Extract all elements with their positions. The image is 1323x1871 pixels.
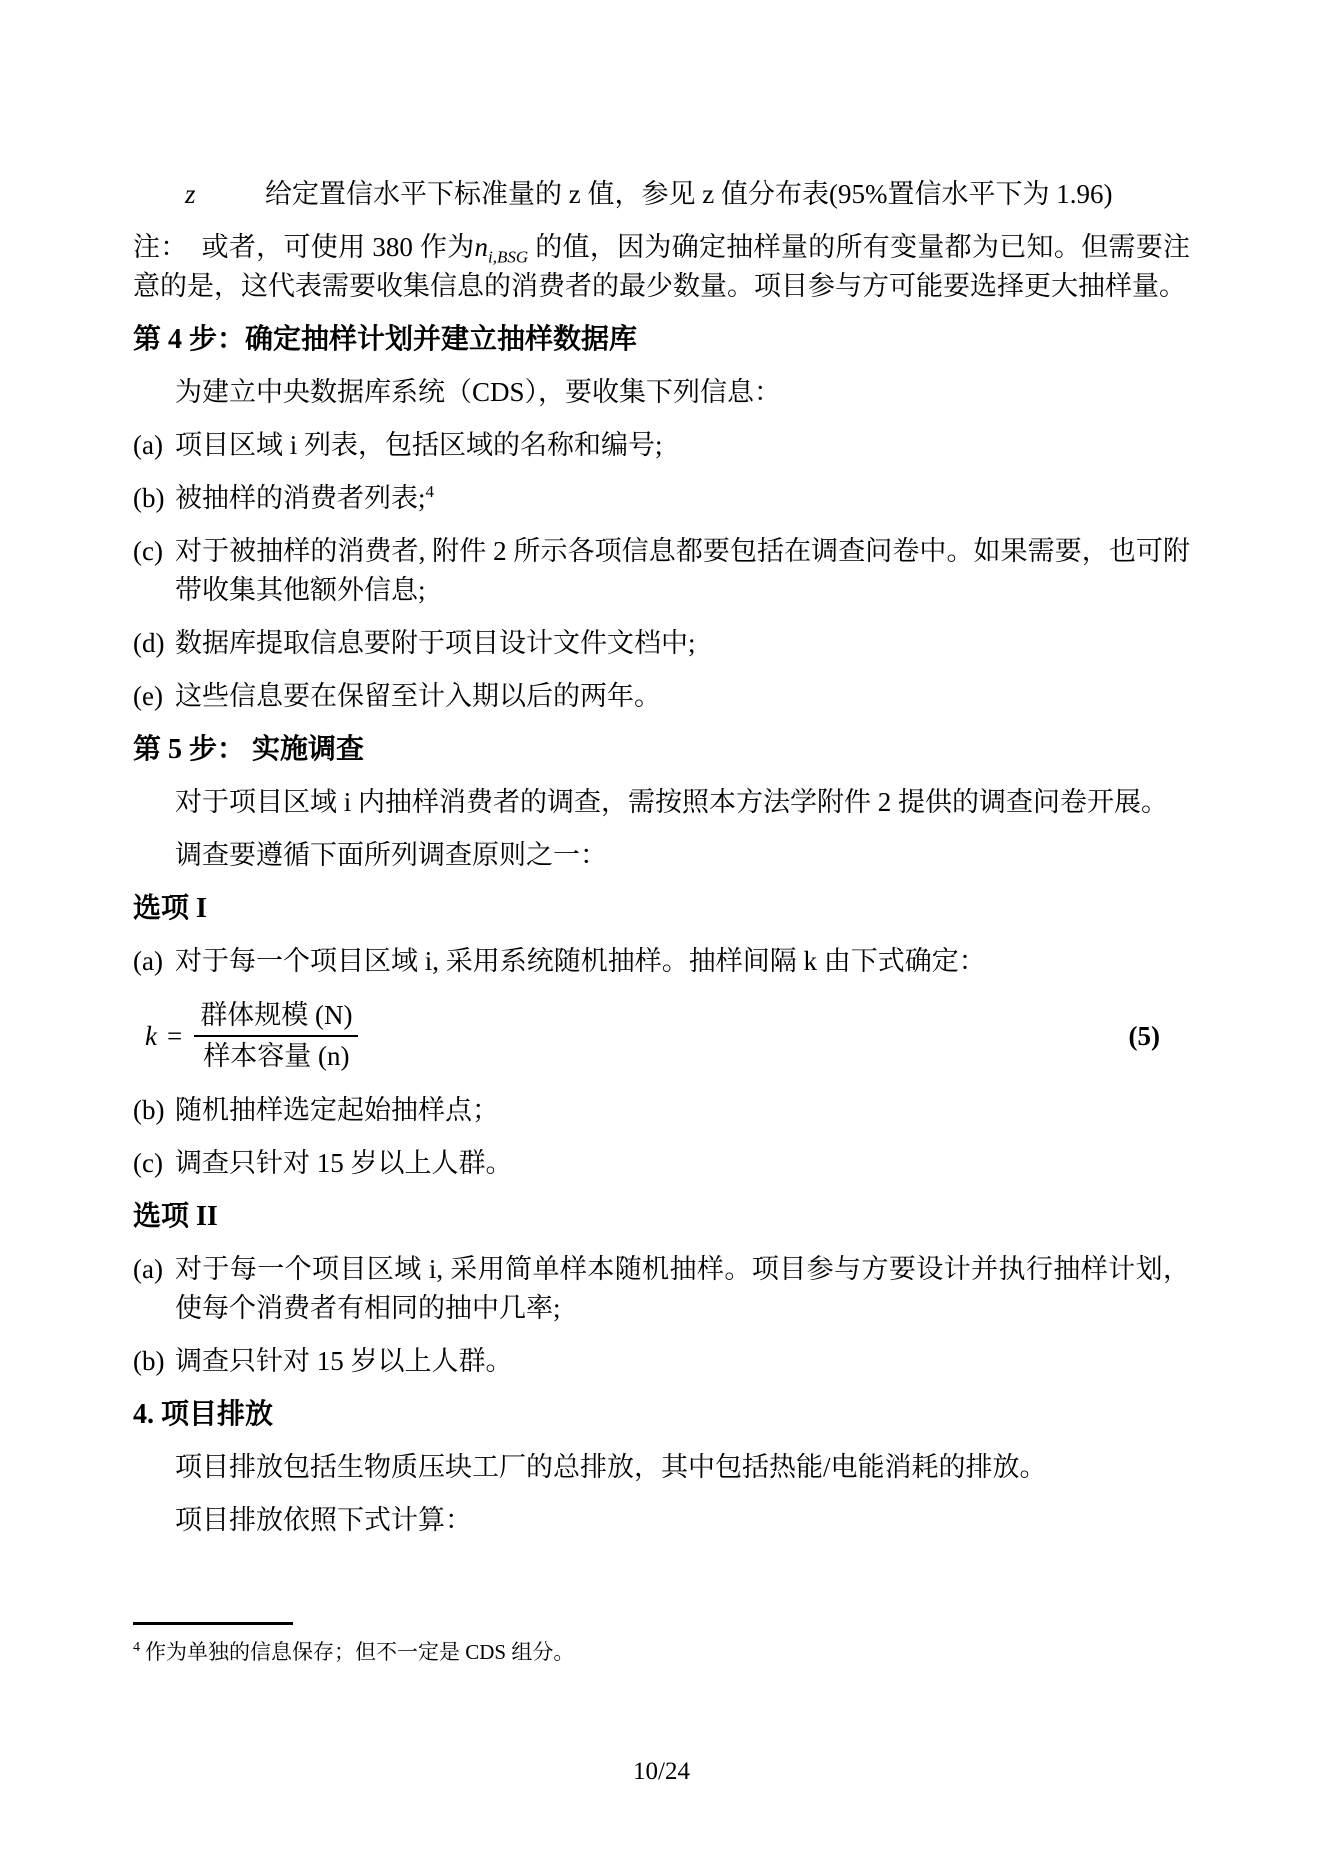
step4-heading: 第 4 步：确定抽样计划并建立抽样数据库 — [133, 320, 1190, 359]
equation-number: (5) — [1129, 1017, 1160, 1056]
z-definition-text: 给定置信水平下标准量的 z 值，参见 z 值分布表(95%置信水平下为 1.96… — [265, 179, 1112, 209]
z-symbol: z — [185, 175, 196, 214]
footnote-text: 作为单独的信息保存；但不一定是 CDS 组分。 — [145, 1640, 574, 1664]
list-item-marker: (e) — [133, 677, 163, 716]
z-definition-row: z 给定置信水平下标准量的 z 值，参见 z 值分布表(95%置信水平下为 1.… — [133, 175, 1190, 214]
section4-paragraph-1: 项目排放包括生物质压块工厂的总排放，其中包括热能/电能消耗的排放。 — [133, 1448, 1190, 1487]
equation-5: k = 群体规模 (N) 样本容量 (n) (5) — [133, 995, 1190, 1077]
list-item-marker: (a) — [133, 1250, 163, 1289]
footnote-marker: 4 — [133, 1640, 140, 1655]
list-item-text: 被抽样的消费者列表; — [175, 483, 426, 513]
option1-heading: 选项 I — [133, 889, 1190, 928]
note-label: 注： — [133, 232, 188, 262]
option1-item-b: (b) 随机抽样选定起始抽样点； — [133, 1091, 1190, 1130]
list-item-text: 项目区域 i 列表，包括区域的名称和编号; — [175, 430, 663, 460]
list-item-text: 调查只针对 15 岁以上人群。 — [175, 1346, 513, 1376]
list-item-marker: (c) — [133, 1144, 163, 1183]
section4-paragraph-2: 项目排放依照下式计算： — [133, 1501, 1190, 1540]
list-item-d: (d) 数据库提取信息要附于项目设计文件文档中; — [133, 624, 1190, 663]
option2-item-b: (b) 调查只针对 15 岁以上人群。 — [133, 1342, 1190, 1381]
list-item-e: (e) 这些信息要在保留至计入期以后的两年。 — [133, 677, 1190, 716]
list-item-marker: (b) — [133, 1091, 164, 1130]
list-item-marker: (b) — [133, 1342, 164, 1381]
step5-heading: 第 5 步： 实施调查 — [133, 730, 1190, 769]
equation-expression: k = 群体规模 (N) 样本容量 (n) — [145, 996, 358, 1076]
list-item-text: 这些信息要在保留至计入期以后的两年。 — [175, 681, 661, 711]
option1-item-a: (a) 对于每一个项目区域 i, 采用系统随机抽样。抽样间隔 k 由下式确定： — [133, 942, 1190, 981]
equation-lhs-variable: k — [145, 1017, 157, 1056]
list-item-text: 调查只针对 15 岁以上人群。 — [175, 1148, 513, 1178]
note-text-before-variable: 或者，可使用 380 作为 — [202, 232, 475, 262]
list-item-text: 对于每一个项目区域 i, 采用简单样本随机抽样。项目参与方要设计并执行抽样计划，… — [175, 1254, 1190, 1323]
step5-principles-paragraph: 调查要遵循下面所列调查原则之一： — [133, 836, 1190, 875]
list-item-marker: (b) — [133, 479, 164, 518]
fraction-numerator: 群体规模 (N) — [194, 996, 358, 1037]
footnote-area: 4作为单独的信息保存；但不一定是 CDS 组分。 — [133, 1622, 1190, 1666]
list-item-c: (c) 对于被抽样的消费者, 附件 2 所示各项信息都要包括在调查问卷中。如果需… — [133, 532, 1190, 610]
option1-item-c: (c) 调查只针对 15 岁以上人群。 — [133, 1144, 1190, 1183]
list-item-marker: (a) — [133, 942, 163, 981]
option2-heading: 选项 II — [133, 1197, 1190, 1236]
note-variable-subscript: i,BSG — [488, 247, 528, 266]
step5-survey-paragraph: 对于项目区域 i 内抽样消费者的调查，需按照本方法学附件 2 提供的调查问卷开展… — [133, 783, 1190, 822]
footnote: 4作为单独的信息保存；但不一定是 CDS 组分。 — [133, 1634, 1190, 1666]
document-page: z 给定置信水平下标准量的 z 值，参见 z 值分布表(95%置信水平下为 1.… — [0, 0, 1323, 1871]
list-item-b: (b) 被抽样的消费者列表;4 — [133, 479, 1190, 518]
option2-item-a: (a) 对于每一个项目区域 i, 采用简单样本随机抽样。项目参与方要设计并执行抽… — [133, 1250, 1190, 1328]
equals-sign: = — [167, 1017, 182, 1056]
step4-intro: 为建立中央数据库系统（CDS），要收集下列信息： — [133, 373, 1190, 412]
fraction-denominator: 样本容量 (n) — [194, 1037, 358, 1076]
note-variable: n — [475, 232, 489, 262]
page-number: 10/24 — [0, 1757, 1323, 1787]
footnote-separator — [133, 1622, 293, 1625]
footnote-ref-superscript: 4 — [426, 482, 435, 501]
fraction: 群体规模 (N) 样本容量 (n) — [194, 996, 358, 1076]
list-item-text: 对于被抽样的消费者, 附件 2 所示各项信息都要包括在调查问卷中。如果需要，也可… — [175, 536, 1190, 605]
list-item-text: 随机抽样选定起始抽样点； — [175, 1095, 499, 1125]
note-paragraph: 注：或者，可使用 380 作为ni,BSG 的值，因为确定抽样量的所有变量都为已… — [133, 228, 1190, 306]
list-item-text: 数据库提取信息要附于项目设计文件文档中; — [175, 628, 696, 658]
section4-heading: 4. 项目排放 — [133, 1395, 1190, 1434]
list-item-marker: (c) — [133, 532, 163, 571]
list-item-marker: (d) — [133, 624, 164, 663]
list-item-a: (a) 项目区域 i 列表，包括区域的名称和编号; — [133, 426, 1190, 465]
list-item-marker: (a) — [133, 426, 163, 465]
list-item-text: 对于每一个项目区域 i, 采用系统随机抽样。抽样间隔 k 由下式确定： — [175, 946, 986, 976]
